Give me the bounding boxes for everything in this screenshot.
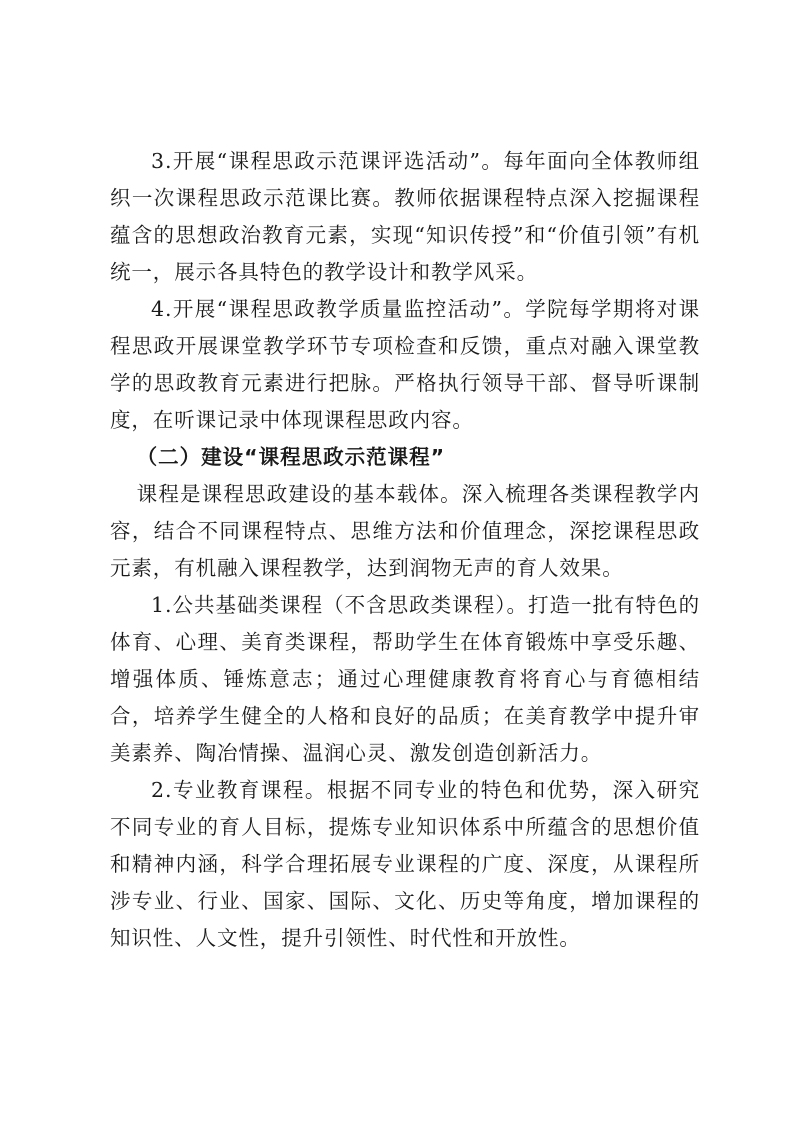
paragraph-item-1-public-courses: 1.公共基础类课程（不含思政类课程）。打造一批有特色的体育、心理、美育类课程，帮… [110, 587, 700, 772]
paragraph-item-3-showcase-lessons: 3.开展“课程思政示范课评选活动”。每年面向全体教师组织一次课程思政示范课比赛。… [110, 143, 700, 291]
document-page: 3.开展“课程思政示范课评选活动”。每年面向全体教师组织一次课程思政示范课比赛。… [110, 143, 700, 957]
paragraph-section-intro: 课程是课程思政建设的基本载体。深入梳理各类课程教学内容，结合不同课程特点、思维方… [110, 476, 700, 587]
section-heading-2: （二）建设“课程思政示范课程” [110, 439, 700, 476]
paragraph-item-4-quality-monitoring: 4.开展“课程思政教学质量监控活动”。学院每学期将对课程思政开展课堂教学环节专项… [110, 291, 700, 439]
paragraph-item-2-professional-courses: 2.专业教育课程。根据不同专业的特色和优势，深入研究不同专业的育人目标，提炼专业… [110, 772, 700, 957]
